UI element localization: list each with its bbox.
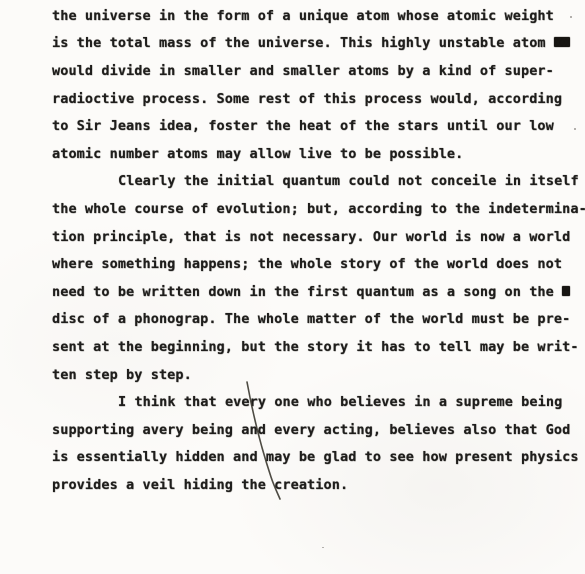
line-text: atomic number atoms may allow live to be…	[52, 146, 463, 162]
typewritten-line: supporting avery being and every acting,…	[52, 416, 579, 444]
typewritten-line: is the total mass of the universe. This …	[52, 30, 579, 58]
typewritten-line: tion principle, that is not necessary. O…	[52, 223, 579, 251]
typewritten-line: the universe in the form of a unique ato…	[52, 2, 579, 30]
line-text: is the total mass of the universe. This …	[52, 35, 554, 51]
scan-speck	[574, 128, 576, 130]
line-text: tion principle, that is not necessary. O…	[52, 229, 570, 245]
line-text: is essentially hidden and may be glad to…	[52, 449, 579, 465]
typewritten-line: where something happens; the whole story…	[52, 250, 579, 278]
typewritten-line: would divide in smaller and smaller atom…	[52, 57, 579, 85]
manuscript-page: the universe in the form of a unique ato…	[0, 0, 585, 574]
line-text: where something happens; the whole story…	[52, 256, 562, 272]
line-text: Clearly the initial quantum could not co…	[118, 173, 579, 189]
line-text: the whole course of evolution; but, acco…	[52, 201, 585, 217]
scan-speck	[570, 16, 572, 18]
line-text: sent at the beginning, but the story it …	[52, 339, 579, 355]
line-text: to Sir Jeans idea, foster the heat of th…	[52, 118, 554, 134]
typewritten-line: radioctive process. Some rest of this pr…	[52, 85, 579, 113]
line-text: I think that every one who believes in a…	[118, 394, 562, 410]
typewritten-text-block: the universe in the form of a unique ato…	[52, 2, 579, 499]
line-text: disc of a phonograp. The whole matter of…	[52, 311, 570, 327]
typewritten-line: sent at the beginning, but the story it …	[52, 333, 579, 361]
overstrike-mark: x	[562, 286, 570, 296]
typewritten-line: is essentially hidden and may be glad to…	[52, 444, 579, 472]
line-text: need to be written down in the first qua…	[52, 284, 562, 300]
overstrike-mark: xx	[554, 37, 570, 47]
typewritten-line: atomic number atoms may allow live to be…	[52, 140, 579, 168]
line-text: ten step by step.	[52, 367, 192, 383]
typewritten-line: Clearly the initial quantum could not co…	[52, 168, 579, 196]
line-text: radioctive process. Some rest of this pr…	[52, 91, 562, 107]
typewritten-line: ten step by step.	[52, 361, 579, 389]
typewritten-line: need to be written down in the first qua…	[52, 278, 579, 306]
line-text: supporting avery being and every acting,…	[52, 422, 570, 438]
scan-speck	[322, 547, 324, 548]
typewritten-line: disc of a phonograp. The whole matter of…	[52, 306, 579, 334]
typewritten-line: the whole course of evolution; but, acco…	[52, 195, 579, 223]
typewritten-line: to Sir Jeans idea, foster the heat of th…	[52, 112, 579, 140]
typewritten-line: I think that every one who believes in a…	[52, 388, 579, 416]
line-text: provides a veil hiding the creation.	[52, 477, 348, 493]
line-text: the universe in the form of a unique ato…	[52, 8, 554, 24]
typewritten-line: provides a veil hiding the creation.	[52, 471, 579, 499]
line-text: would divide in smaller and smaller atom…	[52, 63, 554, 79]
